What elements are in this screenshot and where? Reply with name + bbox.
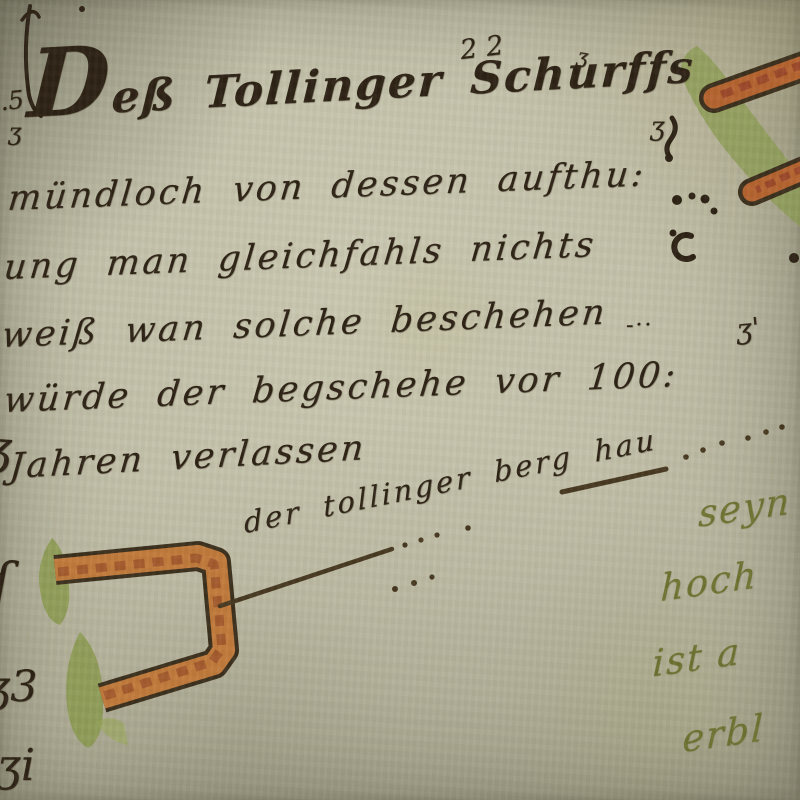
green-wash-top [39,538,69,625]
mine-shaft-symbol-bottom-left [39,538,224,748]
manuscript-page: Deß Tollinger Schurffs mündloch von dess… [0,0,800,800]
flourish-after-heading: ʒ [650,112,665,142]
text-line-4: würde der begschehe vor 100: [2,355,680,421]
superscript-flourish-22: 22 [458,29,514,66]
green-margin-line-1: seyn [698,479,792,536]
margin-mark-five: .5 [0,85,25,116]
green-margin-line-2: hoch [660,553,759,610]
text-line-1: mündloch von dessen aufthu: [6,154,648,219]
right-margin-flourish: ʒ' [735,311,761,346]
ink-spatter-marks [665,118,799,263]
green-wash-band [681,46,800,228]
flourish-below-initial: ʒ [8,118,22,146]
left-edge-fragment-4: ʒi [0,740,35,791]
left-edge-fragment-3: ʒ3 [0,662,38,712]
green-margin-line-3: ist a [652,629,742,685]
green-wash-smudge [96,718,128,745]
text-line-3: weiß wan solche beschehen [0,293,609,356]
green-margin-line-4: erbl [682,706,766,761]
line4-tail-dashes: -·· [626,313,653,338]
heading-tollinger-schurffs: Deß Tollinger Schurffs [26,21,697,128]
text-line-2: ung man gleichfahls nichts [2,225,598,288]
green-wash-bottom [66,632,103,748]
text-line-5: Jahren verlassen [8,428,368,487]
mine-shaft-symbol-top-right [681,46,800,228]
left-edge-fragment-2: ſ [0,553,11,613]
